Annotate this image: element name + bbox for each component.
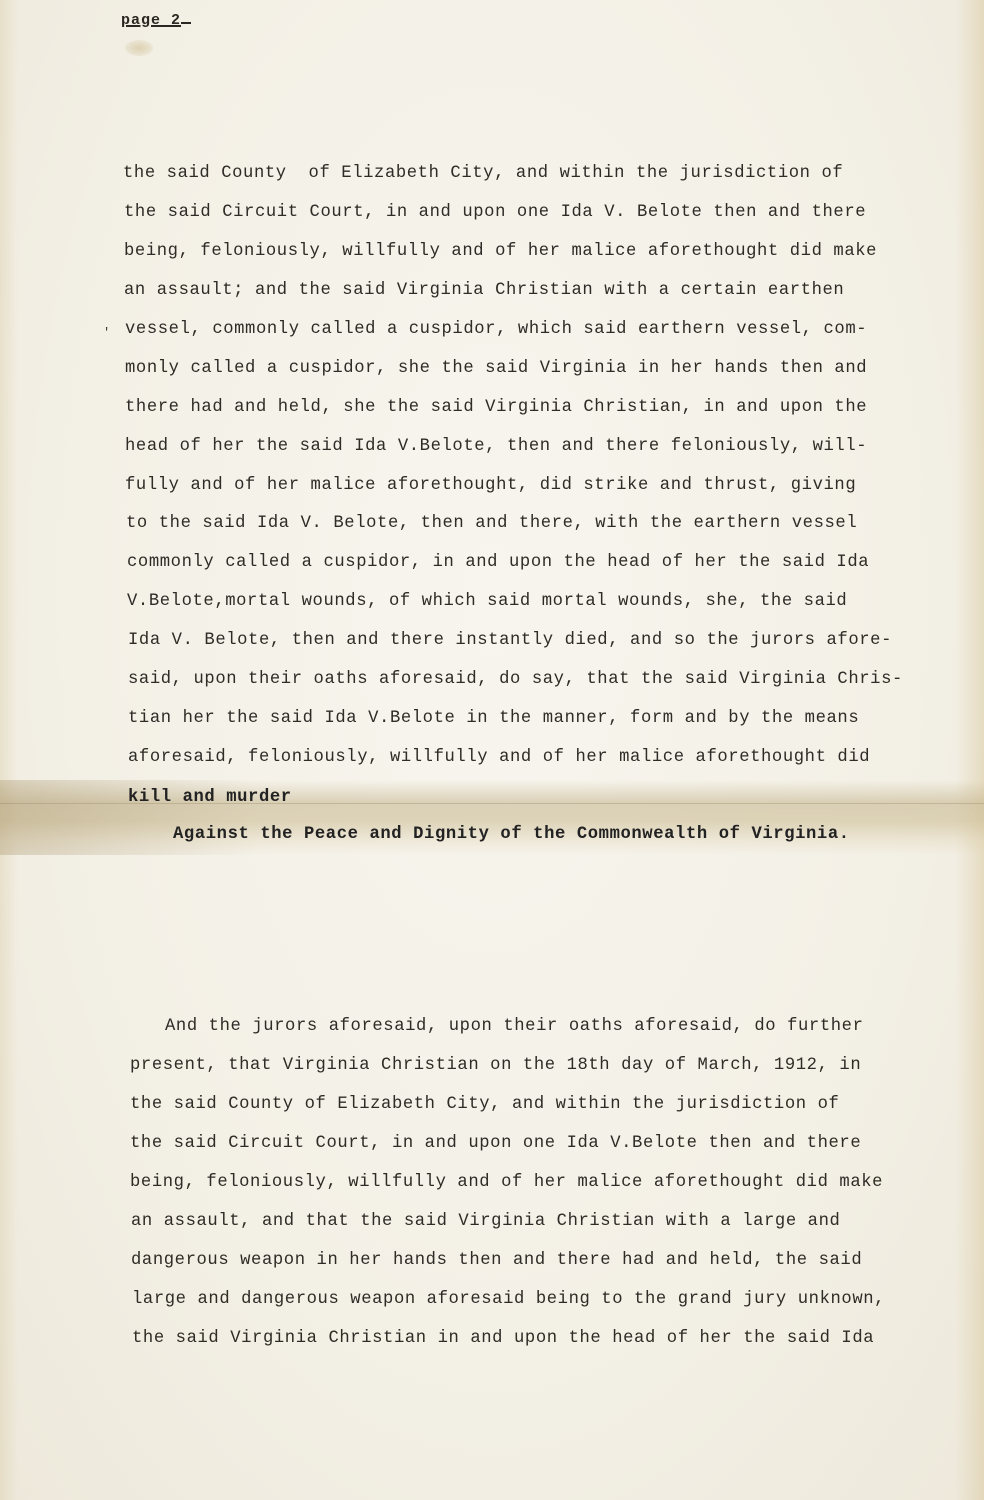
text-line: the said Circuit Court, in and upon one … <box>130 1134 861 1153</box>
text-line: head of her the said Ida V.Belote, then … <box>125 437 867 456</box>
text-line: monly called a cuspidor, she the said Vi… <box>125 359 867 378</box>
text-line: there had and held, she the said Virgini… <box>125 398 867 417</box>
text-line: being, feloniously, willfully and of her… <box>130 1173 883 1192</box>
text-line: said, upon their oaths aforesaid, do say… <box>128 670 903 689</box>
text-line: an assault, and that the said Virginia C… <box>131 1212 840 1231</box>
text-line: to the said Ida V. Belote, then and ther… <box>126 514 857 533</box>
text-line: kill and murder <box>128 788 292 807</box>
page-number: page 2 <box>121 12 191 29</box>
text-line: large and dangerous weapon aforesaid bei… <box>132 1290 885 1309</box>
document-page: page 2 ' the said County of Elizabeth Ci… <box>0 0 984 1500</box>
text-line: vessel, commonly called a cuspidor, whic… <box>125 320 867 339</box>
text-line: the said County of Elizabeth City, and w… <box>130 1095 839 1114</box>
paper-smudge <box>125 40 153 56</box>
text-line: commonly called a cuspidor, in and upon … <box>127 553 869 572</box>
stray-mark: ' <box>103 326 110 340</box>
text-line: Ida V. Belote, then and there instantly … <box>128 631 892 650</box>
text-line: the said County of Elizabeth City, and w… <box>123 164 843 183</box>
text-line: aforesaid, feloniously, willfully and of… <box>128 748 870 767</box>
page-number-text: page 2 <box>121 12 181 29</box>
text-line: And the jurors aforesaid, upon their oat… <box>165 1017 864 1036</box>
text-line: an assault; and the said Virginia Christ… <box>124 281 844 300</box>
text-line: the said Circuit Court, in and upon one … <box>124 203 866 222</box>
text-line: dangerous weapon in her hands then and t… <box>131 1251 862 1270</box>
text-line: the said Virginia Christian in and upon … <box>132 1329 874 1348</box>
closing-line: Against the Peace and Dignity of the Com… <box>173 825 850 844</box>
text-line: V.Belote,mortal wounds, of which said mo… <box>127 592 847 611</box>
page-number-underline <box>181 22 191 24</box>
text-line: present, that Virginia Christian on the … <box>130 1056 861 1075</box>
text-line: being, feloniously, willfully and of her… <box>124 242 877 261</box>
text-line: tian her the said Ida V.Belote in the ma… <box>128 709 859 728</box>
text-line: fully and of her malice aforethought, di… <box>125 476 856 495</box>
